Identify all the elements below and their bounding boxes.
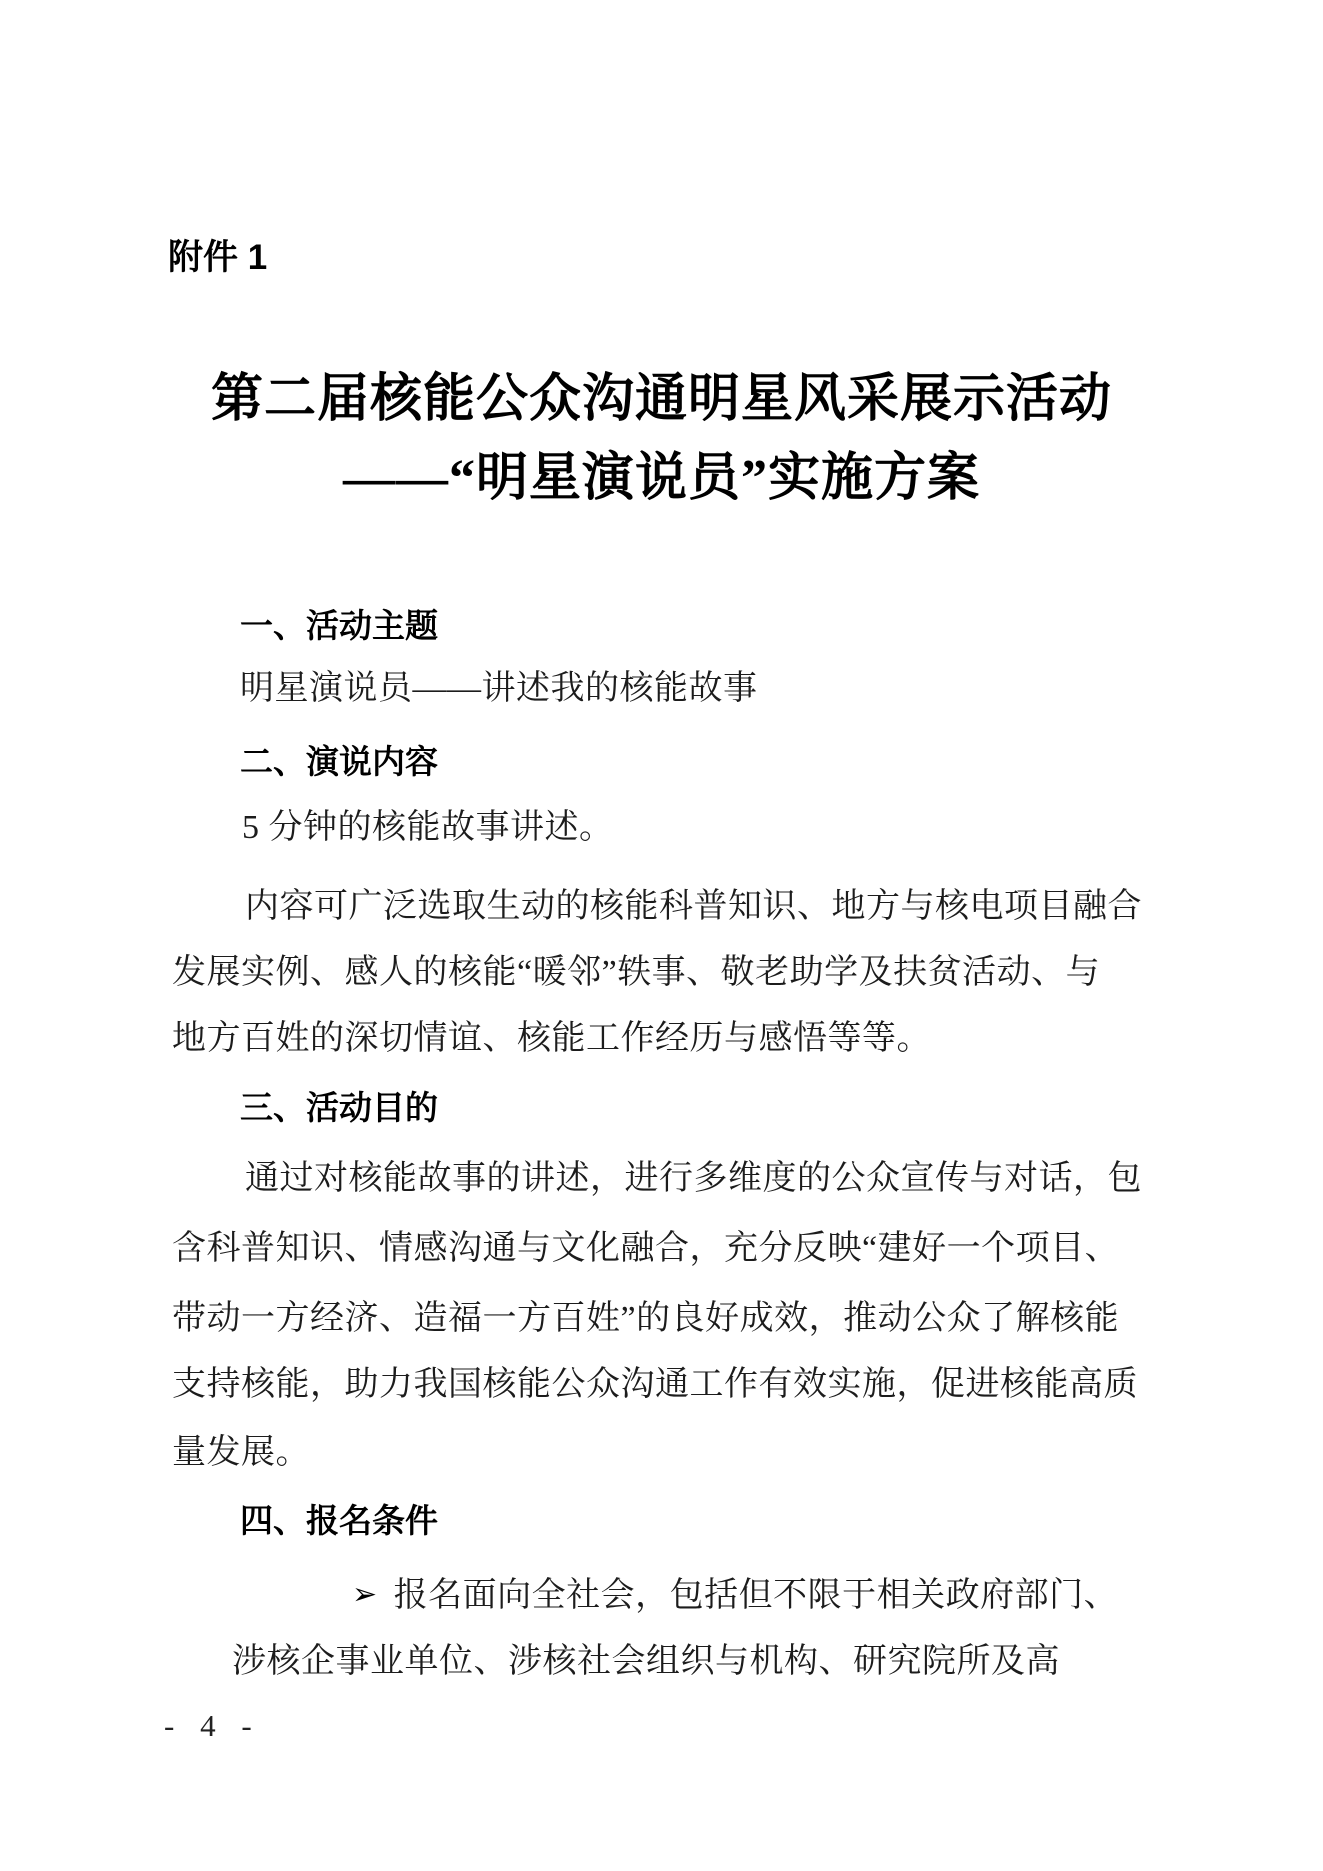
section1-body-line: 明星演说员——讲述我的核能故事	[240, 669, 758, 708]
arrow-bullet-icon: ➢	[352, 1578, 378, 1613]
section3-paragraph-line-3: 带动一方经济、造福一方百姓”的良好成效，推动公众了解核能	[172, 1299, 1119, 1338]
section4-heading: 四、报名条件	[240, 1502, 438, 1540]
section2-paragraph-line-3: 地方百姓的深切情谊、核能工作经历与感悟等等。	[172, 1019, 931, 1058]
section4-bullet-text: 报名面向全社会，包括但不限于相关政府部门、	[394, 1577, 1119, 1614]
section2-body-line: 5 分钟的核能故事讲述。	[242, 808, 614, 847]
section3-paragraph-line-4: 支持核能，助力我国核能公众沟通工作有效实施，促进核能高质	[172, 1365, 1138, 1404]
section2-paragraph-line-1: 内容可广泛选取生动的核能科普知识、地方与核电项目融合	[245, 887, 1142, 926]
section1-heading: 一、活动主题	[240, 607, 438, 645]
section4-bullet-line-2: 涉核企事业单位、涉核社会组织与机构、研究院所及高	[232, 1642, 1060, 1681]
document-title-line1: 第二届核能公众沟通明星风采展示活动	[0, 370, 1323, 430]
attachment-label: 附件 1	[168, 238, 267, 278]
page-number: - 4 -	[164, 1708, 261, 1744]
section3-paragraph-line-1: 通过对核能故事的讲述，进行多维度的公众宣传与对话，包	[245, 1159, 1142, 1198]
section3-paragraph-line-5: 量发展。	[172, 1433, 310, 1472]
section2-paragraph-line-2: 发展实例、感人的核能“暖邻”轶事、敬老助学及扶贫活动、与	[172, 953, 1100, 992]
section3-paragraph-line-2: 含科普知识、情感沟通与文化融合，充分反映“建好一个项目、	[172, 1229, 1119, 1268]
section4-bullet-line-1: ➢报名面向全社会，包括但不限于相关政府部门、	[352, 1576, 1118, 1615]
section3-heading: 三、活动目的	[240, 1089, 438, 1127]
section2-heading: 二、演说内容	[240, 743, 438, 781]
document-page: 附件 1 第二届核能公众沟通明星风采展示活动 ——“明星演说员”实施方案 一、活…	[0, 0, 1323, 1871]
document-title-line2: ——“明星演说员”实施方案	[0, 449, 1323, 509]
